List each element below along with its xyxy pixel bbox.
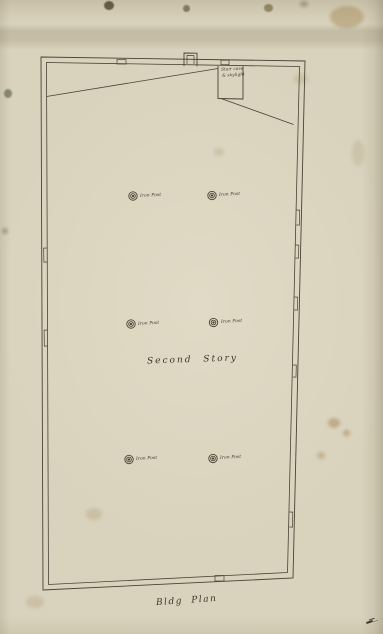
paper-stain — [26, 596, 44, 608]
wall-outline-outer — [41, 57, 305, 590]
top-wall-pier — [221, 60, 229, 64]
stair-box — [218, 66, 243, 99]
pencil-mark — [364, 618, 376, 627]
chimney-outline — [184, 53, 197, 66]
wall-notch — [294, 297, 298, 310]
paper-stain — [343, 430, 350, 436]
post-symbol — [125, 455, 133, 463]
floor-plan-drawing — [0, 0, 383, 634]
drawing-caption: Bldg Plan — [156, 594, 218, 608]
scanned-drawing-page: Iron Post Iron Post Iron Post Iron Post … — [0, 0, 383, 634]
wall-notch — [293, 365, 297, 377]
post-label: Iron Post — [221, 318, 242, 324]
post-symbol — [208, 191, 216, 199]
post-symbol — [129, 192, 137, 200]
post-label: Iron Post — [140, 192, 161, 198]
paper-speck — [4, 89, 12, 98]
paper-stain — [294, 74, 308, 84]
stair-box-label-line2: & skylight — [222, 72, 245, 78]
wall-notch — [295, 245, 299, 258]
stair-diagonal-left — [47, 69, 219, 97]
paper-shading — [0, 0, 383, 634]
post-label: Iron Post — [136, 455, 157, 461]
post-label: Iron Post — [219, 191, 240, 197]
paper-stain — [317, 452, 325, 459]
wall-notch — [289, 512, 293, 527]
paper-speck — [104, 1, 114, 10]
paper-stain — [352, 140, 364, 166]
wall-notch — [44, 248, 47, 262]
paper-stain — [328, 418, 340, 428]
post-label: Iron Post — [138, 320, 159, 326]
post-label: Iron Post — [220, 454, 241, 460]
paper-speck — [183, 5, 190, 12]
bottom-wall-pier — [215, 576, 224, 582]
post-symbol — [209, 454, 217, 462]
paper-speck — [264, 4, 273, 12]
stair-diagonal-right — [221, 99, 294, 125]
chimney-flue — [187, 56, 194, 65]
post-symbol — [209, 318, 217, 326]
paper-stain — [86, 508, 102, 520]
paper-stain — [214, 148, 224, 156]
wall-notch — [44, 330, 47, 346]
room-label: Second Story — [147, 353, 238, 366]
paper-speck — [2, 228, 8, 234]
post-symbol — [127, 320, 135, 328]
paper-stain — [330, 6, 364, 28]
top-wall-pier — [117, 60, 126, 65]
stair-box-label-line1: Stair case — [221, 66, 243, 72]
wall-notch — [296, 210, 300, 225]
paper-speck — [300, 1, 308, 7]
wall-outline-inner — [47, 63, 300, 585]
